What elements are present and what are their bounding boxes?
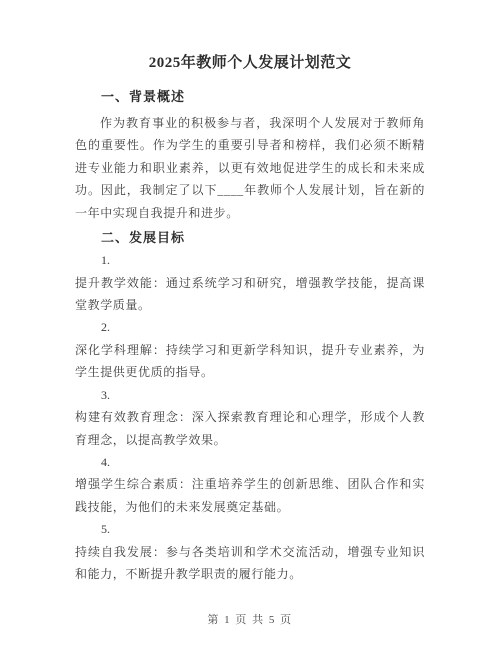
- list-item: 4. 增强学生综合素质：注重培养学生的创新思维、团队合作和实践技能，为他们的未来…: [75, 451, 425, 518]
- page-number-footer: 第 1 页 共 5 页: [75, 612, 425, 629]
- list-item-number: 4.: [75, 451, 425, 474]
- list-item: 3. 构建有效教育理念：深入探索教育理论和心理学，形成个人教育理念，以提高教学效…: [75, 384, 425, 451]
- list-item-number: 2.: [75, 316, 425, 339]
- list-item-text: 增强学生综合素质：注重培养学生的创新思维、团队合作和实践技能，为他们的未来发展奠…: [75, 473, 425, 518]
- list-item-text: 构建有效教育理念：深入探索教育理论和心理学，形成个人教育理念，以提高教学效果。: [75, 406, 425, 451]
- document-title: 2025年教师个人发展计划范文: [75, 52, 425, 74]
- list-item-number: 5.: [75, 518, 425, 541]
- list-item: 5. 持续自我发展：参与各类培训和学术交流活动，增强专业知识和能力，不断提升教学…: [75, 518, 425, 585]
- section-heading-goals: 二、发展目标: [75, 227, 425, 249]
- section-heading-background: 一、背景概述: [75, 86, 425, 108]
- list-item-text: 深化学科理解：持续学习和更新学科知识，提升专业素养，为学生提供更优质的指导。: [75, 339, 425, 384]
- goal-list: 1. 提升教学效能：通过系统学习和研究，增强教学技能，提高课堂教学质量。 2. …: [75, 249, 425, 586]
- document-page: 2025年教师个人发展计划范文 一、背景概述 作为教育事业的积极参与者，我深明个…: [0, 0, 500, 647]
- list-item-text: 提升教学效能：通过系统学习和研究，增强教学技能，提高课堂教学质量。: [75, 272, 425, 317]
- list-item-text: 持续自我发展：参与各类培训和学术交流活动，增强专业知识和能力，不断提升教学职责的…: [75, 541, 425, 586]
- list-item: 2. 深化学科理解：持续学习和更新学科知识，提升专业素养，为学生提供更优质的指导…: [75, 316, 425, 383]
- list-item-number: 3.: [75, 384, 425, 407]
- list-item: 1. 提升教学效能：通过系统学习和研究，增强教学技能，提高课堂教学质量。: [75, 249, 425, 316]
- background-paragraph: 作为教育事业的积极参与者，我深明个人发展对于教师角色的重要性。作为学生的重要引导…: [75, 112, 425, 224]
- list-item-number: 1.: [75, 249, 425, 272]
